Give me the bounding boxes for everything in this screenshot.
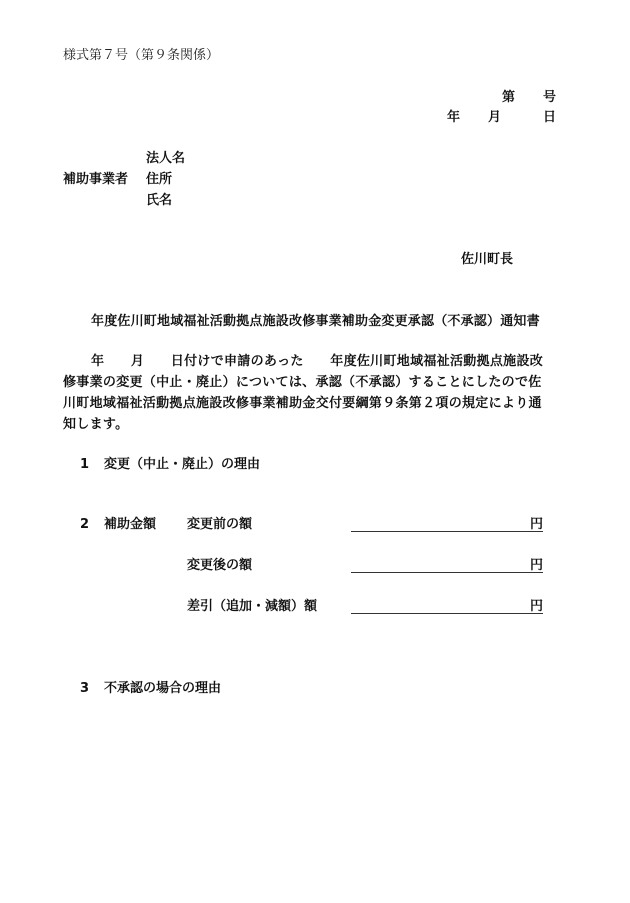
- amount-before-field[interactable]: [351, 531, 543, 532]
- address-label: 住所: [146, 172, 172, 188]
- date-year: 年: [447, 110, 460, 126]
- section-3-number: 3: [80, 681, 89, 697]
- section-2-label: 補助金額: [104, 517, 156, 533]
- section-3-label: 不承認の場合の理由: [104, 681, 221, 697]
- section-2-number: 2: [80, 517, 89, 533]
- amount-diff-field[interactable]: [351, 613, 543, 614]
- amount-after-unit: 円: [530, 558, 543, 574]
- applicant-role-label: 補助事業者: [63, 172, 128, 188]
- body-line: 修事業の変更（中止・廃止）については、承認（不承認）することにしたので佐: [63, 372, 557, 393]
- amount-diff-unit: 円: [530, 599, 543, 615]
- body-line: 年 月 日付けで申請のあった 年度佐川町地域福祉活動拠点施設改: [63, 351, 557, 372]
- corp-name-label: 法人名: [146, 151, 185, 167]
- date-month: 月: [488, 110, 501, 126]
- form-number: 様式第７号（第９条関係）: [63, 48, 219, 64]
- issuer: 佐川町長: [461, 252, 513, 268]
- amount-before-unit: 円: [530, 517, 543, 533]
- body-line: 知します。: [63, 414, 557, 435]
- amount-diff-label: 差引（追加・減額）額: [187, 599, 317, 615]
- date-day: 日: [543, 110, 556, 126]
- name-label: 氏名: [146, 193, 172, 209]
- amount-after-label: 変更後の額: [187, 558, 252, 574]
- body-line: 川町地域福祉活動拠点施設改修事業補助金交付要綱第９条第２項の規定により通: [63, 393, 557, 414]
- doc-number-dai: 第: [502, 90, 515, 106]
- body-paragraph: 年 月 日付けで申請のあった 年度佐川町地域福祉活動拠点施設改 修事業の変更（中…: [63, 351, 557, 435]
- amount-before-label: 変更前の額: [187, 517, 252, 533]
- doc-number-go: 号: [543, 90, 556, 106]
- amount-after-field[interactable]: [351, 572, 543, 573]
- document-title: 年度佐川町地域福祉活動拠点施設改修事業補助金変更承認（不承認）通知書: [91, 314, 540, 330]
- section-1-label: 変更（中止・廃止）の理由: [104, 457, 260, 473]
- section-1-number: 1: [80, 457, 89, 473]
